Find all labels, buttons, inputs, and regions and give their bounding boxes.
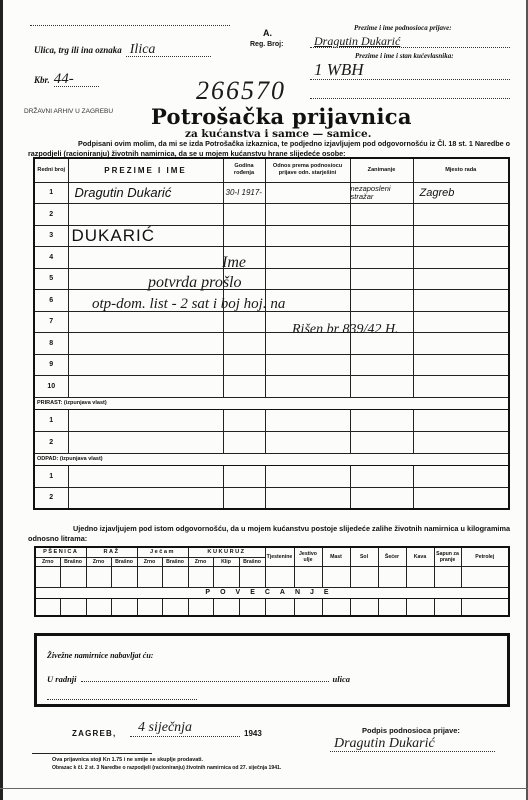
sub-zrno: Zrno (137, 557, 162, 566)
relation-cell (265, 311, 350, 333)
odpad-row: 2 (34, 487, 509, 509)
signature-value: Dragutin Dukarić (330, 736, 495, 752)
row-number: 2 (34, 431, 68, 453)
occupation-cell (350, 487, 413, 509)
sub-brasno: Brašno (239, 557, 265, 566)
col-name: PREZIME I IME (68, 158, 223, 182)
date-field: 4 siječnja (130, 720, 240, 737)
table-row: 8 (34, 333, 509, 355)
stock-cell (188, 566, 213, 587)
household-table: Redni broj PREZIME I IME Godina rođenja … (33, 157, 510, 510)
stock-cell (35, 566, 60, 587)
row-number: 8 (34, 333, 68, 355)
name-cell (68, 487, 223, 509)
col-birth-year: Godina rođenja (223, 158, 265, 182)
relation-cell (265, 247, 350, 269)
birth-year-cell (223, 431, 265, 453)
supply-shop-line: U radnji ulica (47, 669, 502, 705)
stock-cell (378, 598, 406, 616)
document-title: Potrošačka prijavnica (151, 104, 412, 129)
col-workplace: Mjesto rada (413, 158, 509, 182)
stock-table: PŠENICA RAŽ Ječam KUKURUZ Tjestenine Jes… (34, 546, 510, 617)
sub-brasno: Brašno (111, 557, 137, 566)
prirast-section-header: PRIRAST: (izpunjava vlast) (34, 397, 509, 409)
table-row: 4 (34, 247, 509, 269)
name-cell: DUKARIĆ (68, 225, 223, 247)
row-number: 1 (34, 409, 68, 431)
stock-cell (188, 598, 213, 616)
scan-edge-left (0, 0, 3, 800)
stock-cell (86, 598, 111, 616)
col-number: Redni broj (34, 158, 68, 182)
reg-number-label: Reg. Broj: (250, 41, 283, 48)
stock-cell (265, 566, 294, 587)
stock-cell (294, 566, 322, 587)
col-jestivo-ulje: Jestivo ulje (294, 547, 322, 566)
relation-cell (265, 204, 350, 226)
relation-cell (265, 268, 350, 290)
odpad-label: ODPAD: (izpunjava vlast) (34, 453, 509, 465)
street-field: Ulica, trg ili ina oznaka Ilica (34, 40, 224, 54)
occupation-cell (350, 311, 413, 333)
occupation-cell (350, 225, 413, 247)
relation-cell (265, 225, 350, 247)
sub-brasno: Brašno (162, 557, 188, 566)
col-mast: Mast (322, 547, 350, 566)
birth-year-cell (223, 354, 265, 376)
stock-cell (322, 598, 350, 616)
relation-cell (265, 333, 350, 355)
stock-cell (239, 566, 265, 587)
name-cell (68, 409, 223, 431)
stock-cell (213, 566, 239, 587)
stock-cell (406, 566, 434, 587)
name-cell (68, 247, 223, 269)
name-cell (68, 465, 223, 487)
occupation-cell (350, 409, 413, 431)
applicant-label: Prezime i ime podnosioca prijave: (354, 24, 452, 32)
birth-year-cell (223, 225, 265, 247)
sub-brasno: Brašno (60, 557, 86, 566)
workplace-cell (413, 333, 509, 355)
stock-cell (350, 566, 378, 587)
name-cell (68, 376, 223, 398)
row-number: 3 (34, 225, 68, 247)
table-row: 3 DUKARIĆ (34, 225, 509, 247)
row-number: 2 (34, 204, 68, 226)
stock-cell (111, 566, 137, 587)
occupation-cell (350, 376, 413, 398)
col-occupation: Zanimanje (350, 158, 413, 182)
name-cell (68, 354, 223, 376)
form-reference-note: Obrazac k čl. 2 st. 3 Naredbe o razpodje… (52, 765, 281, 771)
name-cell (68, 311, 223, 333)
stock-cell (35, 598, 60, 616)
price-note: Ova prijavnica stoji Kn 1.75 i ne smije … (52, 757, 203, 763)
workplace-cell (413, 354, 509, 376)
relation-cell (265, 465, 350, 487)
street-label: Ulica, trg ili ina oznaka (34, 45, 122, 55)
table-row: 1 Dragutin Dukarić 30-I 1917- nezaposlen… (34, 182, 509, 204)
workplace-cell (413, 431, 509, 453)
group-kukuruz: KUKURUZ (188, 547, 265, 557)
col-relation: Odnos prema podnosiocu prijave odn. star… (265, 158, 350, 182)
workplace-cell (413, 376, 509, 398)
row-number: 9 (34, 354, 68, 376)
house-number-label: Kbr. (34, 75, 50, 85)
stock-cell (265, 598, 294, 616)
archive-stamp: DRŽAVNI ARHIV U ZAGREBU (24, 108, 113, 115)
owner-label: Prezime i ime i stan kućevlasnika: (355, 52, 454, 60)
col-sol: Sol (350, 547, 378, 566)
shop-label: U radnji (47, 674, 77, 684)
footer-rule (32, 753, 152, 754)
name-cell (68, 333, 223, 355)
table-row: 9 (34, 354, 509, 376)
stock-cell (213, 598, 239, 616)
occupation-cell (350, 204, 413, 226)
col-sapun: Sapun za pranje (434, 547, 461, 566)
birth-year-cell: 30-I 1917- (223, 182, 265, 204)
relation-cell (265, 487, 350, 509)
supply-label: Živežne namirnice nabavljat ću: (47, 651, 153, 660)
form-letter: A. (263, 28, 272, 38)
workplace-cell (413, 290, 509, 312)
workplace-cell (413, 409, 509, 431)
relation-cell (265, 376, 350, 398)
table-row: 10 (34, 376, 509, 398)
occupation-cell (350, 431, 413, 453)
workplace-cell (413, 204, 509, 226)
prirast-label: PRIRAST: (izpunjava vlast) (34, 397, 509, 409)
row-number: 7 (34, 311, 68, 333)
stock-declaration-text: Ujedno izjavljujem pod istom odgovornošć… (28, 524, 510, 544)
birth-year-cell (223, 487, 265, 509)
supply-street-field[interactable] (47, 691, 197, 700)
table-row: 7 (34, 311, 509, 333)
stock-cell (378, 566, 406, 587)
birth-year-cell (223, 311, 265, 333)
col-tjestenine: Tjestenine (265, 547, 294, 566)
workplace-cell (413, 268, 509, 290)
occupation-cell (350, 290, 413, 312)
stock-cell (350, 598, 378, 616)
stock-cell (137, 598, 162, 616)
sub-klip: Klip (213, 557, 239, 566)
row-number: 1 (34, 465, 68, 487)
col-secer: Šećer (378, 547, 406, 566)
row-number: 4 (34, 247, 68, 269)
workplace-cell (413, 225, 509, 247)
occupation-cell (350, 354, 413, 376)
city-label: ZAGREB, (72, 729, 116, 738)
col-petrolej: Petrolej (461, 547, 509, 566)
row-number: 1 (34, 182, 68, 204)
group-raz: RAŽ (86, 547, 137, 557)
owner-value: 1 WBH (310, 60, 510, 80)
row-number: 6 (34, 290, 68, 312)
workplace-cell (413, 247, 509, 269)
stock-cell (86, 566, 111, 587)
header-dotted-line (310, 98, 510, 99)
increase-label: POVEĆANJE (35, 587, 509, 598)
document-page: Ulica, trg ili ina oznaka Ilica Kbr. 44-… (0, 0, 528, 800)
applicant-value: Dragutin Dukarić (310, 34, 510, 48)
prirast-row: 2 (34, 431, 509, 453)
workplace-cell (413, 311, 509, 333)
stock-cell (434, 566, 461, 587)
birth-year-cell (223, 465, 265, 487)
shop-field[interactable] (81, 673, 329, 682)
birth-year-cell (223, 409, 265, 431)
birth-year-cell (223, 268, 265, 290)
stock-cell (162, 598, 188, 616)
birth-year-cell (223, 247, 265, 269)
increase-values-row (35, 598, 509, 616)
odpad-section-header: ODPAD: (izpunjava vlast) (34, 453, 509, 465)
occupation-cell (350, 268, 413, 290)
workplace-cell (413, 465, 509, 487)
supply-box: Živežne namirnice nabavljat ću: U radnji… (34, 633, 510, 707)
sub-zrno: Zrno (86, 557, 111, 566)
table-row: 2 (34, 204, 509, 226)
house-number-field: Kbr. 44- (34, 70, 124, 86)
increase-header-row: POVEĆANJE (35, 587, 509, 598)
group-jecam: Ječam (137, 547, 188, 557)
relation-cell (265, 431, 350, 453)
stock-cell (294, 598, 322, 616)
top-dotted-line (30, 25, 230, 26)
workplace-cell: Zagreb (413, 182, 509, 204)
row-number: 5 (34, 268, 68, 290)
table-row: 5 (34, 268, 509, 290)
occupation-cell (350, 333, 413, 355)
birth-year-cell (223, 333, 265, 355)
birth-year-cell (223, 204, 265, 226)
stock-cell (162, 566, 188, 587)
name-cell (68, 204, 223, 226)
street-value: Ilica (126, 44, 211, 57)
stock-cell (111, 598, 137, 616)
relation-cell (265, 182, 350, 204)
supply-street-label: ulica (333, 674, 350, 684)
occupation-cell (350, 465, 413, 487)
name-cell (68, 290, 223, 312)
declaration-text: Podpisani ovim molim, da mi se izda Potr… (28, 139, 510, 159)
sub-zrno: Zrno (188, 557, 213, 566)
col-kava: Kava (406, 547, 434, 566)
bottom-edge-line (0, 788, 528, 789)
name-cell (68, 431, 223, 453)
stock-cell (60, 598, 86, 616)
stock-values-row (35, 566, 509, 587)
stock-cell (461, 598, 509, 616)
stock-cell (322, 566, 350, 587)
name-cell (68, 268, 223, 290)
house-number-value: 44- (54, 73, 99, 87)
serial-number: 266570 (196, 76, 286, 106)
row-number: 2 (34, 487, 68, 509)
birth-year-cell (223, 290, 265, 312)
group-psenica: PŠENICA (35, 547, 86, 557)
stock-cell (461, 566, 509, 587)
year-field: 1943 (244, 729, 262, 738)
relation-cell (265, 290, 350, 312)
relation-cell (265, 409, 350, 431)
odpad-row: 1 (34, 465, 509, 487)
occupation-cell: nezaposleni stražar (350, 182, 413, 204)
stock-cell (406, 598, 434, 616)
name-cell: Dragutin Dukarić (68, 182, 223, 204)
stock-cell (60, 566, 86, 587)
prirast-row: 1 (34, 409, 509, 431)
birth-year-cell (223, 376, 265, 398)
stock-cell (137, 566, 162, 587)
stock-cell (434, 598, 461, 616)
row-number: 10 (34, 376, 68, 398)
signature-label: Podpis podnosioca prijave: (362, 726, 460, 735)
workplace-cell (413, 487, 509, 509)
stock-cell (239, 598, 265, 616)
sub-zrno: Zrno (35, 557, 60, 566)
occupation-cell (350, 247, 413, 269)
table-row: 6 (34, 290, 509, 312)
relation-cell (265, 354, 350, 376)
